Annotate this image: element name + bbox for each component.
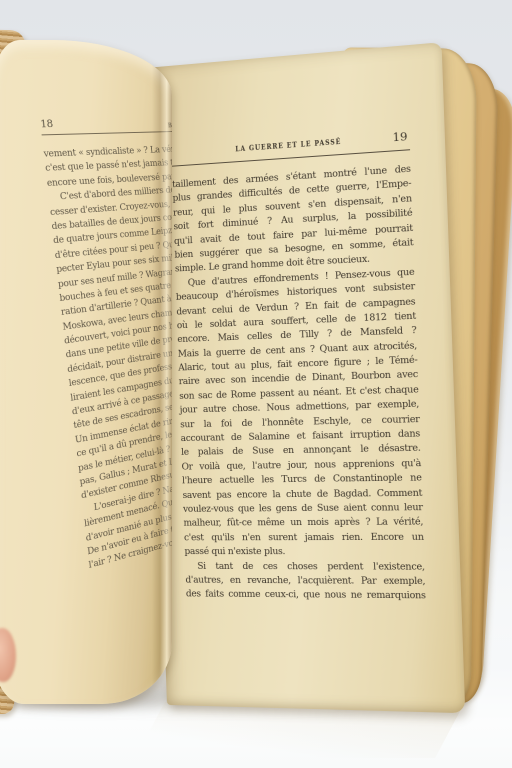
left-page-content: 18 BILLETS DE SIRIUS vement « syndicalis… — [40, 114, 172, 574]
text-line: voulez-vous que les gens de Suse aient c… — [183, 501, 423, 517]
left-page: 18 BILLETS DE SIRIUS vement « syndicalis… — [0, 40, 172, 704]
text-line: Si tant de ces choses perdent l'existenc… — [185, 560, 425, 575]
text-line: des faits comme ceux-ci, que nous ne rem… — [186, 588, 426, 604]
right-page-content: LA GUERRE ET LE PASSÉ 19 taillement des … — [146, 42, 466, 713]
left-page-text: vement « syndicaliste » ? La véric'est q… — [43, 141, 172, 574]
left-page-header: 18 BILLETS DE SIRIUS — [40, 114, 172, 133]
text-line: d'autres, en revanche, l'acquièrent. Par… — [185, 574, 425, 590]
left-page-number: 18 — [40, 117, 54, 132]
left-running-head: BILLETS DE SIRIUS — [167, 118, 172, 133]
text-line: malheur, fût-ce même un mois après ? La … — [183, 516, 423, 532]
text-line: c'est qu'ils n'en surent jamais rien. En… — [184, 530, 424, 545]
right-page-text: taillement des armées s'étant montré l'u… — [172, 162, 426, 604]
right-page: LA GUERRE ET LE PASSÉ 19 taillement des … — [146, 42, 466, 713]
right-page-number: 19 — [392, 129, 408, 144]
text-line: passé qui n'existe plus. — [184, 545, 424, 560]
right-running-head: LA GUERRE ET LE PASSÉ — [235, 137, 341, 154]
photo-of-open-book: LA GUERRE ET LE PASSÉ 19 taillement des … — [0, 0, 512, 768]
